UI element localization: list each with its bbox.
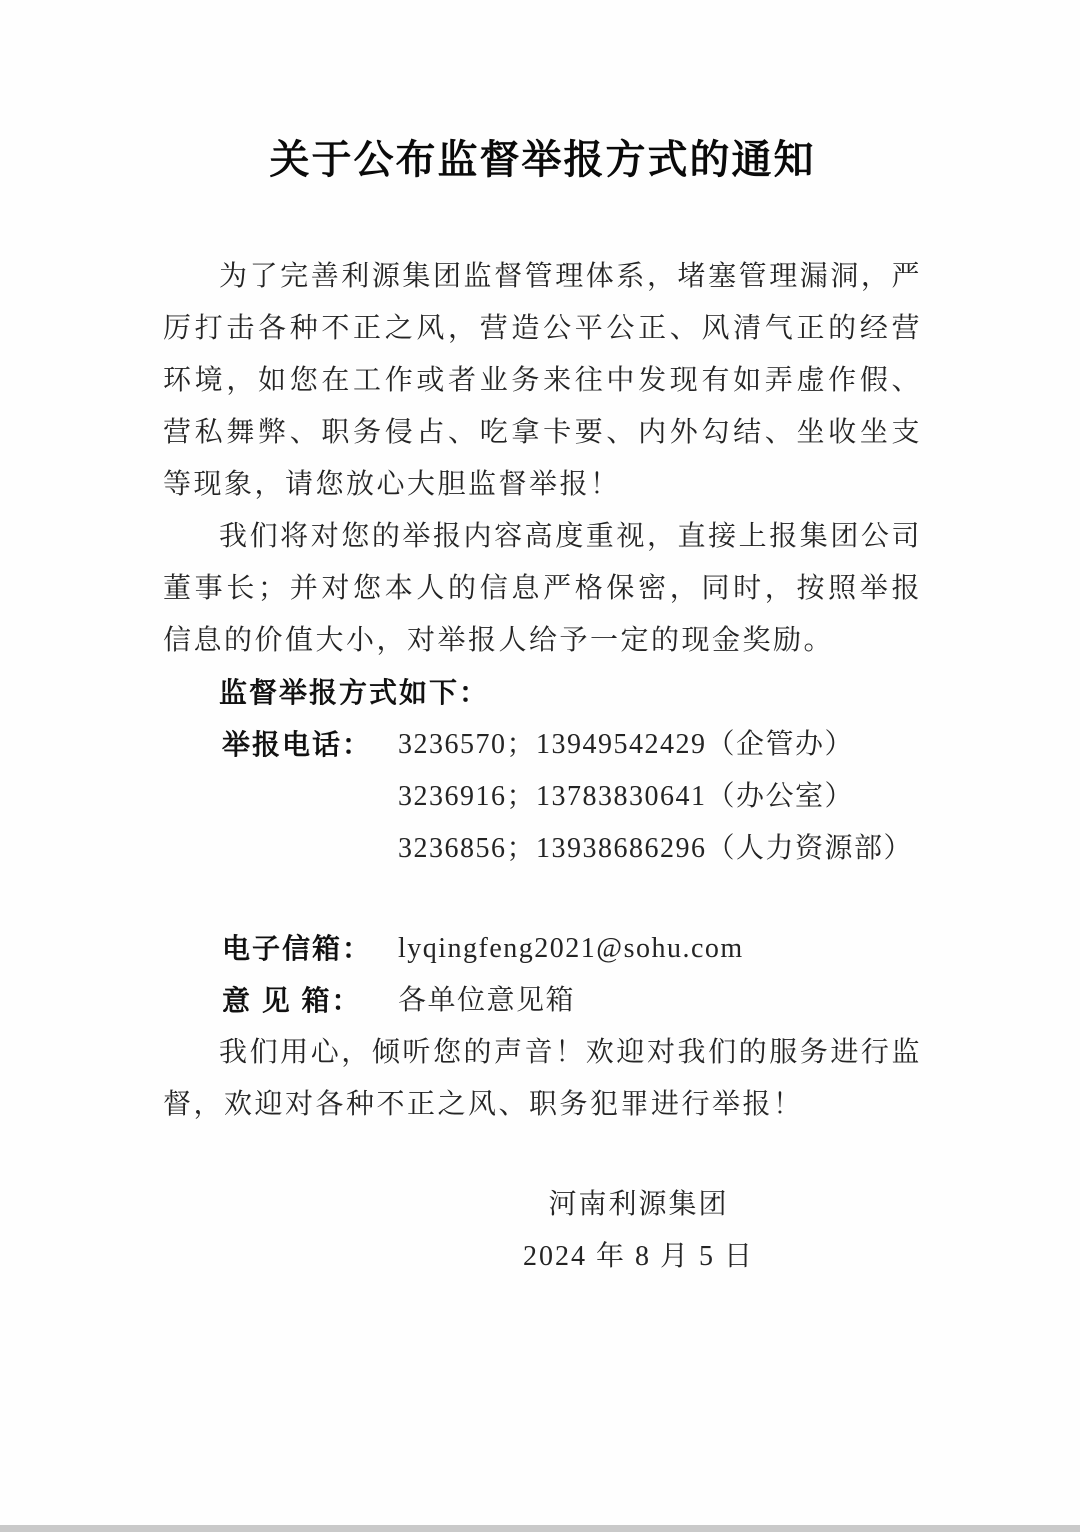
- document-title: 关于公布监督举报方式的通知: [163, 135, 922, 185]
- hotline-numbers-2: 3236916；13783830641（办公室）: [398, 771, 922, 823]
- signature-organization: 河南利源集团: [523, 1179, 754, 1231]
- email-label: 电子信箱：: [222, 923, 398, 975]
- body-paragraph-1: 为了完善利源集团监督管理体系，堵塞管理漏洞，严厉打击各种不正之风，营造公平公正、…: [163, 251, 922, 511]
- hotline-row-3: 3236856；13938686296（人力资源部）: [163, 823, 922, 875]
- suggestion-box-label: 意 见 箱：: [222, 975, 398, 1027]
- hotline-row-1: 举报电话： 3236570；13949542429（企管办）: [163, 719, 922, 771]
- photo-edge-strip: [0, 1525, 1080, 1532]
- email-row: 电子信箱： lyqingfeng2021@sohu.com: [163, 923, 922, 975]
- closing-paragraph: 我们用心，倾听您的声音！欢迎对我们的服务进行监督，欢迎对各种不正之风、职务犯罪进…: [163, 1027, 922, 1131]
- section-heading-report-methods: 监督举报方式如下：: [163, 667, 922, 719]
- hotline-label: 举报电话：: [222, 719, 398, 771]
- suggestion-box-value: 各单位意见箱: [398, 975, 922, 1027]
- suggestion-box-row: 意 见 箱： 各单位意见箱: [163, 975, 922, 1027]
- hotline-numbers-3: 3236856；13938686296（人力资源部）: [398, 823, 922, 875]
- document-content: 关于公布监督举报方式的通知 为了完善利源集团监督管理体系，堵塞管理漏洞，严厉打击…: [0, 0, 1080, 1283]
- signature-block: 河南利源集团 2024 年 8 月 5 日: [523, 1179, 754, 1283]
- hotline-row-2: 3236916；13783830641（办公室）: [163, 771, 922, 823]
- signature-date: 2024 年 8 月 5 日: [523, 1231, 754, 1283]
- email-address: lyqingfeng2021@sohu.com: [398, 923, 922, 975]
- notice-document-page: 关于公布监督举报方式的通知 为了完善利源集团监督管理体系，堵塞管理漏洞，严厉打击…: [0, 0, 1080, 1532]
- body-paragraph-2: 我们将对您的举报内容高度重视，直接上报集团公司董事长；并对您本人的信息严格保密，…: [163, 511, 922, 667]
- hotline-numbers-1: 3236570；13949542429（企管办）: [398, 719, 922, 771]
